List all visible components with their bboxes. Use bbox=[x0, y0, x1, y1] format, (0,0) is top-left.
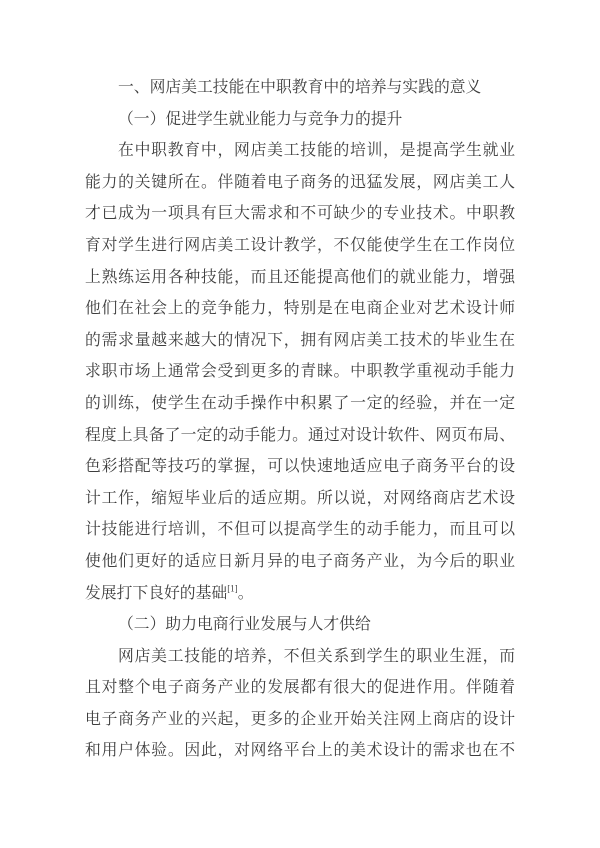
text-line: 发展打下良好的基础[1]。 bbox=[85, 578, 515, 610]
text-line: 计技能进行培训，不但可以提高学生的动手能力，而且可以 bbox=[85, 514, 515, 546]
text-line: 色彩搭配等技巧的掌握，可以快速地适应电子商务平台的设 bbox=[85, 451, 515, 483]
text-line: 和用户体验。因此，对网络平台上的美术设计的需求也在不 bbox=[85, 735, 515, 767]
text-line: 电子商务产业的兴起，更多的企业开始关注网上商店的设计 bbox=[85, 704, 515, 736]
text-line: 的训练，使学生在动手操作中积累了一定的经验，并在一定 bbox=[85, 388, 515, 420]
text-line: 能力的关键所在。伴随着电子商务的迅猛发展，网店美工人 bbox=[85, 167, 515, 199]
text-line: 在中职教育中，网店美工技能的培训，是提高学生就业 bbox=[85, 135, 515, 167]
text-line: 他们在社会上的竞争能力，特别是在电商企业对艺术设计师 bbox=[85, 293, 515, 325]
heading-line: （一）促进学生就业能力与竞争力的提升 bbox=[85, 104, 515, 136]
text-line: 使他们更好的适应日新月异的电子商务产业，为今后的职业 bbox=[85, 546, 515, 578]
heading-line: 一、网店美工技能在中职教育中的培养与实践的意义 bbox=[85, 72, 515, 104]
footnote-reference: [1] bbox=[227, 583, 238, 593]
text-line: 的需求量越来越大的情况下，拥有网店美工技术的毕业生在 bbox=[85, 325, 515, 357]
document-body: 一、网店美工技能在中职教育中的培养与实践的意义（一）促进学生就业能力与竞争力的提… bbox=[85, 72, 515, 767]
text-line: 求职市场上通常会受到更多的青睐。中职教学重视动手能力 bbox=[85, 356, 515, 388]
text-line: 程度上具备了一定的动手能力。通过对设计软件、网页布局、 bbox=[85, 420, 515, 452]
text-line: 才已成为一项具有巨大需求和不可缺少的专业技术。中职教 bbox=[85, 198, 515, 230]
heading-line: （二）助力电商行业发展与人才供给 bbox=[85, 609, 515, 641]
text-line: 计工作，缩短毕业后的适应期。所以说，对网络商店艺术设 bbox=[85, 483, 515, 515]
text-line: 且对整个电子商务产业的发展都有很大的促进作用。伴随着 bbox=[85, 672, 515, 704]
text-line: 育对学生进行网店美工设计教学，不仅能使学生在工作岗位 bbox=[85, 230, 515, 262]
text-line: 上熟练运用各种技能，而且还能提高他们的就业能力，增强 bbox=[85, 262, 515, 294]
document-page: 一、网店美工技能在中职教育中的培养与实践的意义（一）促进学生就业能力与竞争力的提… bbox=[0, 0, 600, 848]
text-line: 网店美工技能的培养，不但关系到学生的职业生涯，而 bbox=[85, 641, 515, 673]
